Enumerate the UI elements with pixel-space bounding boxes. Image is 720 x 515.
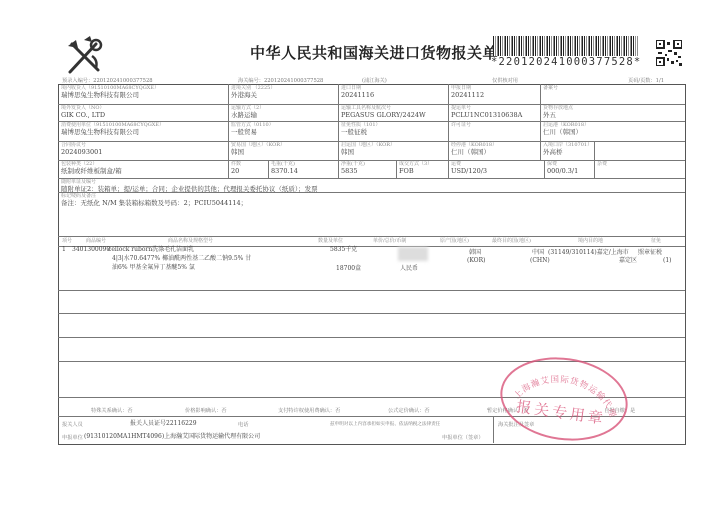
marks-field: 标记唛码及备注 备注：无纸化 N/M 集装箱标箱数及号码：2；PCIU50441… (58, 192, 684, 208)
quantity-kg: 5835千克 (330, 246, 357, 254)
transit-port-field: 经停港（KOR018） 仁川（韩国） (448, 141, 540, 157)
redacted-price (398, 247, 428, 261)
phone-label: 电话 (238, 421, 248, 428)
royalty-confirm: 支付特许权使用费确认：否 (278, 407, 340, 414)
hs-code: 3401300090 (72, 246, 110, 254)
transit-port-value: 仁川（韩国） (451, 148, 537, 156)
barcode-number: *220120241000377528* (491, 56, 641, 68)
contract-no-value: 2024093001 (61, 148, 225, 156)
col-name-spec: 商品名称及规格型号 (168, 238, 213, 244)
entry-customs-field: 进境关别 （2225） 外港海关 (228, 84, 338, 100)
package-type-field: 包装种类（22） 纸制或纤维板制盒/箱 (58, 160, 228, 176)
license-no-label: 许可证号 (451, 122, 537, 128)
supervision-mode-value: 一般贸易 (231, 128, 335, 136)
consignee-value: 瑞博思兔生物科技有限公司 (61, 91, 225, 99)
origin-country-value: 韩国 (341, 148, 445, 156)
pieces-value: 20 (231, 167, 265, 175)
departure-port-value: 仁川（韩国） (543, 128, 681, 136)
col-final-dest: 最终目的国(地区) (492, 238, 531, 244)
item-no: 1 (62, 246, 66, 254)
trade-country-field: 贸易国（地区）（KOR） 韩国 (228, 141, 338, 157)
trade-terms-value: FOB (399, 167, 445, 175)
package-type-value: 纸制或纤维板制盒/箱 (61, 167, 225, 175)
declaring-unit-label: 申报单位 (62, 434, 83, 441)
consumer-unit-value: 瑞博思兔生物科技有限公司 (61, 128, 225, 136)
final-dest: 中国 (532, 249, 544, 257)
price-impact-confirm: 价格影响确认：否 (185, 407, 227, 414)
document-title: 中华人民共和国海关进口货物报关单 (250, 42, 498, 63)
page-indicator: 页码/页数：1/1 (628, 77, 664, 84)
supervision-mode-field: 监管方式（0110） 一般贸易 (228, 121, 338, 137)
special-relation-confirm: 特殊关系确认：否 (91, 407, 133, 414)
goods-name: cellock ruborn洗涤毛孔洁面乳 (108, 246, 194, 254)
bill-no-value: PCLU1NC01310638A (451, 111, 537, 119)
marks-value: 备注：无纸化 N/M 集装箱标箱数及号码：2；PCIU5044114； (61, 199, 681, 207)
entry-customs-value: 外港海关 (231, 91, 335, 99)
entry-port-field: 入境口岸（310701） 外高桥 (540, 141, 684, 157)
barcode (493, 36, 638, 56)
origin-country-field: 启运国（地区）（KOR） 韩国 (338, 141, 448, 157)
net-weight-field: 净重(千克) 5835 (338, 160, 396, 176)
origin-country: 韩国 (469, 249, 481, 257)
record-no-label: 备案号 (543, 85, 681, 91)
declarant-label: 报关人员 (62, 421, 83, 428)
departure-port-field: 启运港（KOR018） 仁川（韩国） (540, 121, 684, 137)
vessel-value: PEGASUS GLORY/2424W (341, 111, 445, 119)
pre-entry-number: 预录入编号：220120241000377528 (62, 77, 153, 84)
storage-place-value: 外五 (543, 111, 681, 119)
consignee-field: 境内收货人（91510100MA68CYQGXE） 瑞博思兔生物科技有限公司 (58, 84, 228, 100)
transport-mode-value: 水路运输 (231, 111, 335, 119)
declare-date-value: 20241112 (451, 91, 537, 99)
insurance-value: 000/0.3/1 (547, 167, 591, 175)
import-date-value: 20241116 (341, 91, 445, 99)
origin-code: (KOR) (467, 257, 485, 265)
overseas-shipper-field: 境外发货人（NO） GIK CO., LTD (58, 104, 228, 120)
formula-pricing-confirm: 公式定价确认：否 (388, 407, 430, 414)
license-no-field: 许可证号 (448, 121, 540, 129)
declarant-cert: 报关人员证号22116229 (130, 420, 197, 428)
record-no-field: 备案号 (540, 84, 684, 92)
customs-number: 海关编号：220120241000377528 (238, 77, 323, 84)
contract-no-field: 合同协议号 2024093001 (58, 141, 228, 157)
col-price: 单价/总价/币制 (373, 238, 406, 244)
declare-date-field: 申报日期 20241112 (448, 84, 540, 100)
import-date-field: 进口日期 20241116 (338, 84, 448, 100)
exemption-code: (1) (663, 257, 672, 265)
qr-code-icon (656, 40, 682, 66)
trade-terms-field: 成交方式（3） FOB (396, 160, 448, 176)
quantity-boxes: 18700盒 (336, 265, 361, 273)
misc-fee-label: 杂费 (597, 161, 681, 167)
goods-spec-line3: 油6% 甲基全氟异丁基醚5% 氯 (112, 264, 195, 272)
insurance-field: 保费 000/0.3/1 (544, 160, 594, 176)
col-hs-code: 商品编号 (86, 238, 106, 244)
col-origin: 原产国(地区) (440, 238, 469, 244)
overseas-shipper-value: GIK CO., LTD (61, 111, 225, 119)
customs-office: (浦江海关) (362, 77, 387, 84)
verification-note: 仅供核对用 (492, 77, 518, 84)
transport-mode-field: 运输方式（2） 水路运输 (228, 104, 338, 120)
col-exemption: 征免 (651, 238, 661, 244)
net-weight-value: 5835 (341, 167, 393, 175)
currency: 人民币 (400, 265, 418, 273)
goods-spec-line2: 4|3|水70.6477% 椰油酰两性基二乙酸二钠9.5% 甘 (112, 255, 251, 263)
gross-weight-value: 8370.14 (271, 167, 335, 175)
domestic-dest: (31149/310114)嘉定/上海市 (548, 249, 629, 257)
storage-place-field: 货物存放地点 外五 (540, 104, 684, 120)
gross-weight-field: 毛重(千克) 8370.14 (268, 160, 338, 176)
entry-port-value: 外高桥 (543, 148, 681, 156)
bill-no-field: 提运单号 PCLU1NC01310638A (448, 104, 540, 120)
final-dest-code: (CHN) (530, 257, 550, 265)
exemption: 照章征税 (638, 249, 662, 257)
freight-field: 运费 USD/120/3 (448, 160, 544, 176)
trade-country-value: 韩国 (231, 148, 335, 156)
col-quantity: 数量及单位 (318, 238, 343, 244)
misc-fee-field: 杂费 (594, 160, 684, 168)
pieces-field: 件数 20 (228, 160, 268, 176)
declaring-unit: (91310120MA1HMT4096)上海瀚艾国际货物运输代理有限公司 (84, 433, 260, 441)
declaring-unit-seal: 申报单位（签章） (442, 434, 484, 441)
col-domestic-dest: 境内目的地 (578, 238, 603, 244)
tax-nature-field: 征免性质（101） 一般征税 (338, 121, 448, 137)
col-item-no: 项号 (62, 238, 72, 244)
statement: 兹申明对以上内容承担如实申报、依法纳税之法律责任 (330, 421, 440, 427)
consumer-unit-field: 消费使用单位（91510100MA68CYQGXE） 瑞博思兔生物科技有限公司 (58, 121, 228, 137)
tax-nature-value: 一般征税 (341, 128, 445, 136)
vessel-field: 运输工具名称及航次号 PEGASUS GLORY/2424W (338, 104, 448, 120)
domestic-dest-district: 嘉定区 (619, 257, 637, 265)
freight-value: USD/120/3 (451, 167, 541, 175)
customs-emblem-icon (62, 36, 106, 76)
